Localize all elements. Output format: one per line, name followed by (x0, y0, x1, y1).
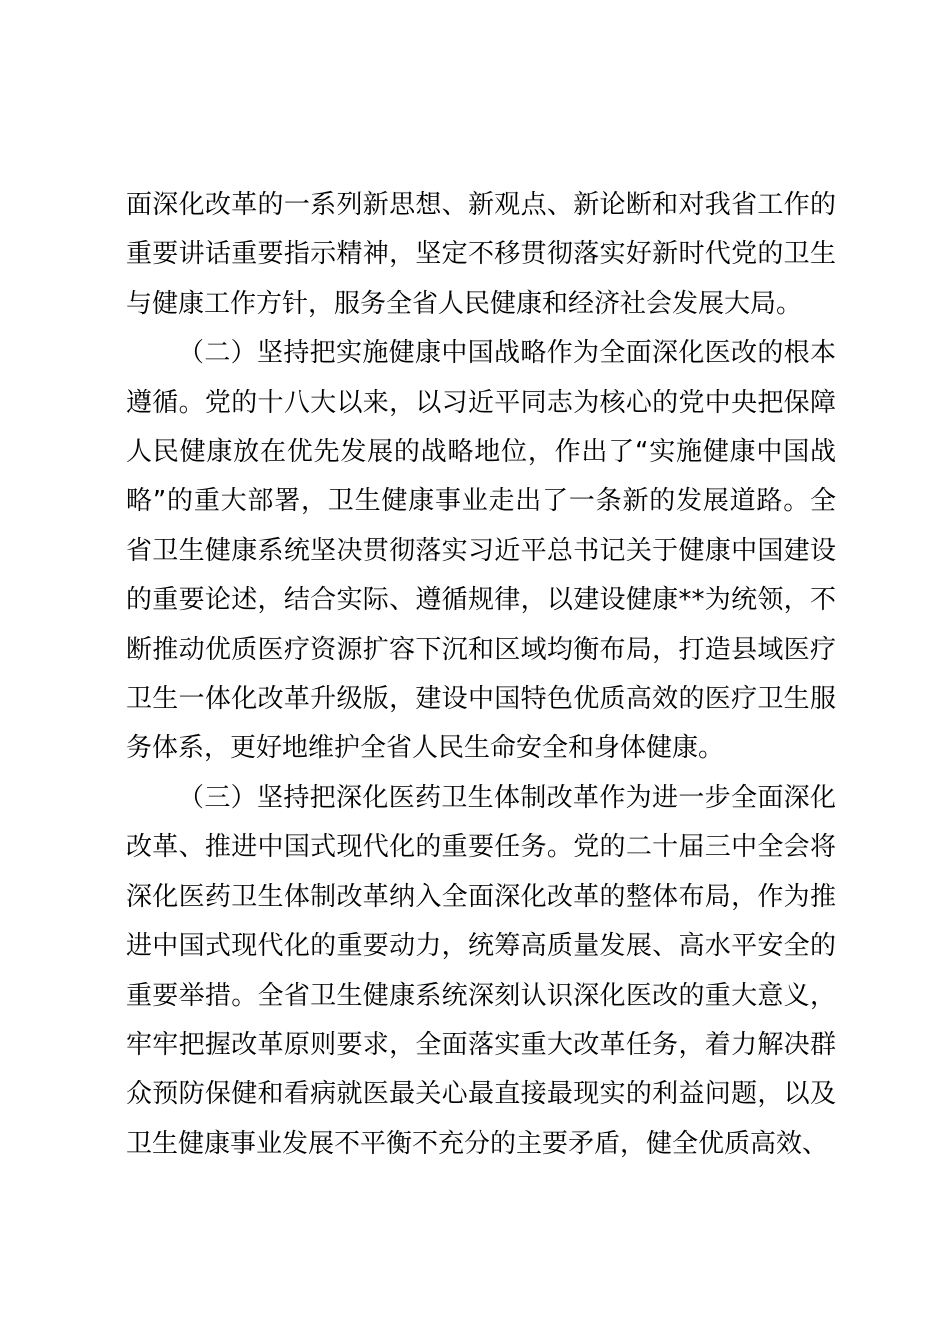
paragraph-section-2: （二）坚持把实施健康中国战略作为全面深化医改的根本遵循。党的十八大以来，以习近平… (126, 329, 836, 774)
document-text-block: 面深化改革的一系列新思想、新观点、新论断和对我省工作的重要讲话重要指示精神，坚定… (126, 181, 836, 1169)
paragraph-section-3: （三）坚持把深化医药卫生体制改革作为进一步全面深化改革、推进中国式现代化的重要任… (126, 774, 836, 1169)
paragraph-continuation: 面深化改革的一系列新思想、新观点、新论断和对我省工作的重要讲话重要指示精神，坚定… (126, 181, 836, 329)
document-page: 面深化改革的一系列新思想、新观点、新论断和对我省工作的重要讲话重要指示精神，坚定… (0, 0, 950, 1344)
